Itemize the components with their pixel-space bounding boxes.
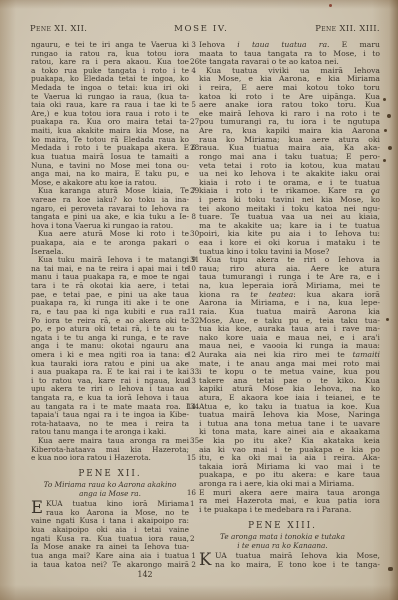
text-line: rongo mai ana i taku tuatua; E pero-	[185, 153, 380, 162]
text-line: 2na ko maira, E tono koe i te tanga-	[185, 561, 380, 570]
text-line: eke mairā Iehova ki raro i na roto i te	[185, 110, 380, 119]
text-line: eaa i kore ei oki korua i mataku i te	[185, 239, 380, 248]
text-line: aia ki vao mai i te puakapa e kia po	[185, 446, 380, 455]
verse-number: 12	[185, 351, 196, 360]
text-line: puakapa, ko Eledada tetai te ingoa, ko	[31, 75, 189, 84]
chapter-13-block: PENE XIII. Te aronga mata i tonokia e tu…	[185, 520, 380, 570]
text-line: Kiberota-hataava mai kia Hazerota;	[31, 446, 189, 455]
text-line: ki tona mata, kare ainei aia e akaakama	[185, 428, 380, 437]
text-line: veta tetai i roto ia kotou, kua matau	[185, 162, 380, 171]
text-line: ra mei Hazerota mai, e kua patia iora	[185, 497, 380, 506]
left-text-column: ngauru, e tei te iri anga te Vaerua kiru…	[31, 41, 189, 569]
text-line: 12Auraka aia nei kia riro mei te tamaiti	[185, 351, 380, 360]
text-line: Medada te ingoa o tetai: kua iri oki	[31, 84, 189, 93]
text-line: ratou tanu manga i te aronga i kaki.	[31, 428, 189, 437]
header-left-chapters: Pene XI. XII.	[30, 23, 87, 33]
text-line: 29Kua karanga aturā Mose kiaia, Te	[31, 187, 189, 196]
text-line: anga mai, na ko maira, E taku pu, e	[31, 170, 189, 179]
text-line: 33i aua puakapa ra. E te kai rai i te ka…	[31, 368, 189, 377]
text-line: taia oki raua, kare ra raua i tae ki te	[31, 101, 189, 110]
text-line: 1UA tuatua mairā Iehova kia Mose,	[185, 552, 380, 561]
text-line: ua nei ko Iehova i te akakite iaku orai	[185, 170, 380, 179]
text-line: tara i te rā okotai kia aere, i tetai	[31, 282, 189, 291]
text-line: tei akono meitaki i toku katoa nei ngu-	[185, 205, 380, 214]
text-line: Mose, e akakore atu koe ia ratou.	[31, 179, 189, 188]
text-line: a toko rua puke tangata i roto i te	[31, 67, 189, 76]
text-line: tua anga mai? Kare aina aia i tuatua	[31, 552, 189, 561]
text-line: tuatua mairā Iehova kia Mose, Naringa	[185, 411, 380, 420]
text-line: 4Kua tuatua viviki ua mairā Iehova	[185, 67, 380, 76]
text-line: maua nei, e vaooia ki runga ia maua:	[185, 342, 380, 351]
text-line: 11raia. Kua tuatua mairā Aarona kia	[185, 308, 380, 317]
text-line: te tangata ravarai o te ao katoa nei.	[185, 58, 380, 67]
text-line: 7kiaia i roto i te rikamoe. Kare ra oa	[185, 187, 380, 196]
verse-number: 13	[185, 377, 196, 386]
text-line: hova i tona Vaerua ki rungao ia ratou.	[31, 222, 189, 231]
text-line: 1KUA tuatua kino iorā Miriama	[31, 500, 189, 509]
text-line: ra, e tau paa ki nga kubiti e rua ra.	[31, 308, 189, 317]
verse-number: 2	[185, 561, 196, 570]
chapter-heading: PENE XIII.	[185, 520, 380, 532]
text-line: 15itu, e ka oki mai ia aia i reira. Aka-	[185, 454, 380, 463]
stain-speck	[383, 159, 386, 162]
text-line: atura, E akaora koe iaia i teianei, e te	[185, 394, 380, 403]
right-column-body: 3Iehova i taua tuatua ra. E marumaata to…	[185, 41, 380, 515]
verse-number: 5	[185, 101, 196, 110]
text-line: 30Kua aere aturā Mose ki roto i te	[31, 230, 189, 239]
stain-speck	[388, 567, 393, 571]
text-line: e kua noo iora ratou i Hazerota.	[31, 454, 189, 463]
text-line: kua akaipoipo oki aia i tetai vaine	[31, 526, 189, 535]
verse-number: 3	[185, 41, 196, 50]
left-column-body: ngauru, e tei te iri anga te Vaerua kiru…	[31, 41, 189, 463]
text-line: 9Kua tupu akera te riri o Iehova ia	[185, 256, 380, 265]
text-line: Iseraela.	[31, 248, 189, 257]
text-line: ko maira, Te totou rā Eledada raua ko	[31, 136, 189, 145]
text-line: 32Po iora te reira rā, e ao akera oki te	[31, 317, 189, 326]
verse-number: 6	[185, 144, 196, 153]
chapter-lines: 1UA tuatua mairā Iehova kia Mose,2na ko …	[185, 552, 380, 569]
text-line: poiri, kia kite pu aia i to Iehova tu:	[185, 230, 380, 239]
text-line: e kia po itu ake? Kia akataka keia	[185, 437, 380, 446]
text-line: taua tumurangi i runga i te Are ra, e i	[185, 273, 380, 282]
text-line: na tai mai, e na te reira i apai mai i t…	[31, 265, 189, 274]
text-line: 10raua; riro atura aia. Aere ke atura	[185, 265, 380, 274]
caption-line: To Miriama raua ko Aarona akakino	[31, 480, 189, 489]
chapter-caption: Te aronga mata i tonokia e tutaka i te e…	[185, 532, 380, 550]
text-line: 16E muri akera aere maira taua aronga	[185, 489, 380, 498]
text-line: kiona ra te teatea: kua akara iorā	[185, 291, 380, 300]
text-line: Aarona ia Miriama, e i na, kua lepe-	[185, 299, 380, 308]
caption-line: i te enua ra ko Kanaana.	[185, 541, 380, 550]
text-line: tangata e pini ua ake, e kia tuku a Ie-	[31, 213, 189, 222]
text-line: anga i te manu: okotai ngauru ana	[31, 342, 189, 351]
text-line: po, e po atura oki tetai rā, i te au ta-	[31, 325, 189, 334]
text-line: kia Mose, e kia Aarona, e kia Miriama	[185, 75, 380, 84]
text-line: Ia Mose anake ra ainei ta Iehova tua-	[31, 543, 189, 552]
header-right-chapters: Pene XII. XIII.	[315, 23, 380, 33]
text-line: upu akera te riri o Iehova i taua au	[31, 385, 189, 394]
text-line: aronga ra i aere, kia oki mai a Miriama.	[185, 480, 380, 489]
text-line: 2ngati Kusa ra. Kua tuatua iora raua,	[31, 535, 189, 544]
stain-speck	[386, 318, 389, 321]
text-line: kua tauraki iora ratou e pini ua ake	[31, 360, 189, 369]
text-line: tua kia koe, auraka taua ara i rave ma-	[185, 325, 380, 334]
text-line: maiti, kua akakite maira kia Mose, na	[31, 127, 189, 136]
stain-speck	[387, 114, 391, 118]
text-line: na, kua leperaia iorā Miriama, mei te	[185, 282, 380, 291]
book-page: Pene XI. XII. MOSE IV. Pene XII. XIII. n…	[0, 0, 398, 600]
chapter-12-block: PENE XII. To Miriama raua ko Aarona akak…	[31, 468, 189, 569]
text-line: 6raua. Kua tuatua maira aia, Ka aka-	[185, 144, 380, 153]
text-line: tapaia'i taua ngai ra i te ingoa ia Kibe…	[31, 411, 189, 420]
text-line: katoa ki roto i te Are uipānga. Kua	[185, 93, 380, 102]
text-line: ngaro, ei peroveta ravarai to Iehova ra	[31, 205, 189, 214]
text-line: rota-hataava, no te mea i reira ta	[31, 420, 189, 429]
text-line: kua tuatua mairā Iosua te tamaiti a	[31, 153, 189, 162]
text-line: 5aere anake iora ratou toko toru. Kua	[185, 101, 380, 110]
chapter-opening-paragraph: E 1KUA tuatua kino iorā Miriamaraua ko A…	[31, 500, 189, 569]
text-line: 3Iehova i taua tuatua ra. E maru	[185, 41, 380, 50]
text-line: ma te akakite ua; kare ia i te tuatua	[185, 222, 380, 231]
text-line: pou tumurangi ra, tu iora i te ngutupa	[185, 118, 380, 127]
text-line: i reira, E aere mai kotou toko toru	[185, 84, 380, 93]
text-line: kapiki aturā Mose kia Iehova, na ko	[185, 385, 380, 394]
text-line: maata to taua tangata ra to Mose, i to	[185, 50, 380, 59]
text-line: mate, i te anau anga mai mei roto mai	[185, 360, 380, 369]
text-line: ngauru, e tei te iri anga te Vaerua ki	[31, 41, 189, 50]
page-number: 142	[0, 570, 290, 579]
verse-number: 8	[185, 213, 196, 222]
text-line: ngata i te tu anga ki runga, e te rave	[31, 334, 189, 343]
text-line: i te puakapa i te medebara ra i Parana.	[185, 506, 380, 515]
stain-speck	[384, 129, 387, 132]
verse-number: 7	[185, 187, 196, 196]
chapter-heading: PENE XII.	[31, 468, 189, 480]
text-line: 35Kua aere maira taua aronga ra mei	[31, 437, 189, 446]
text-line: omera i ki e mea ngiti roa ia tana: e	[31, 351, 189, 360]
text-line: takaia iorā Miriama ki vao mai i te	[185, 463, 380, 472]
text-line: puakapa ra, ki runga iti ake i te one	[31, 299, 189, 308]
text-line: Are,) e kua totou iora raua i roto i te	[31, 110, 189, 119]
verse-number: 15	[185, 454, 196, 463]
verse-number: 10	[185, 265, 196, 274]
verse-number: 14	[185, 403, 196, 412]
text-line: puakapa, aia e te aronga pakari o	[31, 239, 189, 248]
text-line: manu i taua puakapa ra, e moe te ngai	[31, 273, 189, 282]
verse-number: 16	[185, 489, 196, 498]
right-text-column: 3Iehova i taua tuatua ra. E marumaata to…	[185, 41, 380, 569]
text-line: rungao ia ratou ra, kua totou iora	[31, 50, 189, 59]
text-line: raua ko Aarona ia Mose, no te	[31, 509, 189, 518]
header-book-title: MOSE IV.	[174, 24, 228, 34]
text-line: 13takere ana tetai pae o te kiko. Kua	[185, 377, 380, 386]
text-line: 14Atua e, ko taku ia tuatua ia koe. Kua	[185, 403, 380, 412]
text-line: puakapa, e po itu akera: e kare taua	[185, 471, 380, 480]
text-line: pae, e tetai pae, e pini ua ake taua	[31, 291, 189, 300]
caption-line: anga ia Mose ra.	[31, 489, 189, 498]
stain-speck	[329, 4, 332, 7]
text-line: ia taua katoa nei? Te akarongo mairā	[31, 561, 189, 570]
stain-speck	[383, 98, 386, 101]
running-header: Pene XI. XII. MOSE IV. Pene XII. XIII.	[30, 23, 380, 34]
text-line: i te kopu o te metua vaine, kua pou	[185, 368, 380, 377]
text-line: vareae ra koe iaku? ko toku ia ina-	[31, 196, 189, 205]
stain-speck	[388, 146, 392, 150]
chapter-caption: To Miriama raua ko Aarona akakino anga i…	[31, 480, 189, 498]
chapter-opening-paragraph: K 1UA tuatua mairā Iehova kia Mose,2na k…	[185, 552, 380, 569]
text-line: 26ratou, kare ra i pera akaou. Kua toe	[31, 58, 189, 67]
text-line: 34au tangata ra i te mate maata roa. I	[31, 403, 189, 412]
text-line: tuatua kino i toku tavini ia Mose?	[185, 248, 380, 257]
text-line: i tutua ana tona metua tane i te uavare	[185, 420, 380, 429]
text-line: 28Medada i roto i te puakapa akera. E	[31, 144, 189, 153]
text-line: vaine ngati Kusa i tana i akaipoipo ra:	[31, 517, 189, 526]
verse-number: 11	[185, 308, 196, 317]
text-line: i pera ki toku tavini nei kia Mose, ko	[185, 196, 380, 205]
text-line: tangata ra, e kua ta iorā Iehova i taua	[31, 394, 189, 403]
caption-line: Te aronga mata i tonokia e tutaka	[185, 532, 380, 541]
text-line: Are ra, kua kapiki maira kia Aarona	[185, 127, 380, 136]
text-line: 8tuare. Te tuatua vaa ua nei au kiaia,	[185, 213, 380, 222]
text-line: 27puakapa ra. Kua oro maira tetai ta-	[31, 118, 189, 127]
text-line: te Vaerua ki rungao ia raua, (kua ta-	[31, 93, 189, 102]
text-line: Mose, Aue, e taku pu e, teia taku tua-	[185, 317, 380, 326]
text-line: i to ratou vaa, kare rai i ngaua, kua	[31, 377, 189, 386]
text-line: kiaia i roto i te orama, e i te tuatua	[185, 179, 380, 188]
chapter-lines: 1KUA tuatua kino iorā Miriamaraua ko Aar…	[31, 500, 189, 569]
text-line: 31Kua tuku mairā Iehova i te matangi	[31, 256, 189, 265]
verse-number: 4	[185, 67, 196, 76]
text-line: raua ko Miriama; kua aere atura oki	[185, 136, 380, 145]
text-line: nako kore uaia e maua nei, e i ara'i	[185, 334, 380, 343]
text-line: Nuna, e tavini no Mose mei tona ou-	[31, 162, 189, 171]
